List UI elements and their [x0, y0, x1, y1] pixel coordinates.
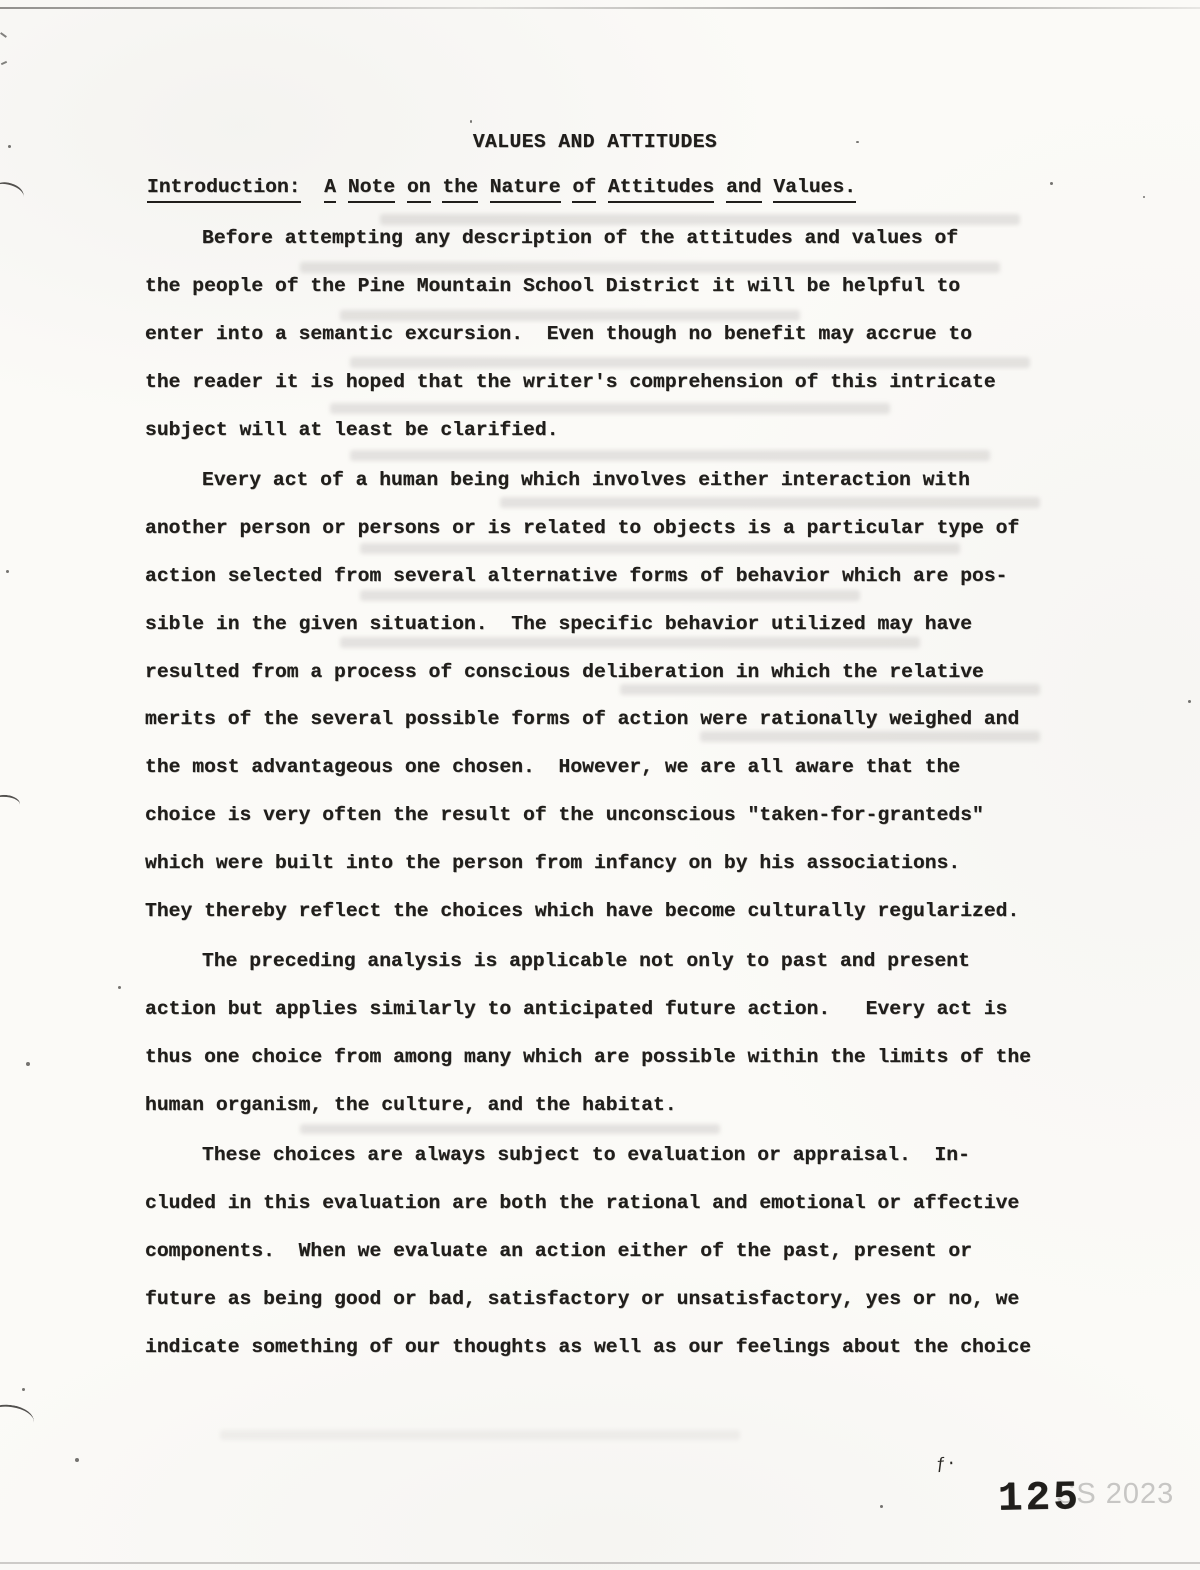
speck	[1050, 182, 1053, 185]
speck	[1143, 196, 1145, 198]
speck	[1188, 700, 1191, 703]
bleed-through-mark	[220, 1430, 740, 1440]
text-line: choice is very often the result of the u…	[145, 792, 1055, 840]
paragraph: Every act of a human being which involve…	[145, 457, 1055, 936]
text-line: human organism, the culture, and the hab…	[145, 1082, 1055, 1130]
text-line: The preceding analysis is applicable not…	[145, 938, 1055, 986]
text-line: Before attempting any description of the…	[145, 215, 1055, 263]
text-line: thus one choice from among many which ar…	[145, 1034, 1055, 1082]
speck	[26, 1062, 30, 1066]
scan-artifact-arc	[0, 1402, 36, 1436]
text-line: action selected from several alternative…	[145, 553, 1055, 601]
text-line: action but applies similarly to anticipa…	[145, 986, 1055, 1034]
text-line: indicate something of our thoughts as we…	[145, 1324, 1055, 1372]
speck	[470, 120, 472, 123]
text-line: another person or persons or is related …	[145, 505, 1055, 553]
text-line: future as being good or bad, satisfactor…	[145, 1276, 1055, 1324]
text-line: These choices are always subject to eval…	[145, 1132, 1055, 1180]
document-title: VALUES AND ATTITUDES	[145, 131, 1045, 153]
paragraph: These choices are always subject to eval…	[145, 1132, 1055, 1371]
text-line: cluded in this evaluation are both the r…	[145, 1180, 1055, 1228]
scan-edge-line	[0, 7, 1200, 9]
document-body: Before attempting any description of the…	[145, 215, 1055, 1372]
scanned-page: VALUES AND ATTITUDES Introduction: A Not…	[0, 0, 1200, 1570]
stray-mark: ƒ·	[935, 1454, 957, 1474]
paragraph: The preceding analysis is applicable not…	[145, 938, 1055, 1130]
speck	[8, 145, 11, 148]
speck	[22, 1388, 25, 1391]
text-line: the most advantageous one chosen. Howeve…	[145, 744, 1055, 792]
speck	[856, 141, 859, 143]
scan-edge-line	[0, 1562, 1200, 1564]
text-line: the reader it is hoped that the writer's…	[145, 359, 1055, 407]
text-line: resulted from a process of conscious del…	[145, 649, 1055, 697]
speck	[118, 986, 121, 989]
scan-artifact-arc	[0, 179, 26, 205]
speck	[880, 1505, 883, 1508]
text-line: components. When we evaluate an action e…	[145, 1228, 1055, 1276]
section-heading: Introduction: A Note on the Nature of At…	[147, 176, 1127, 198]
scan-scratch	[0, 32, 7, 38]
text-line: Every act of a human being which involve…	[145, 457, 1055, 505]
paragraph: Before attempting any description of the…	[145, 215, 1055, 454]
text-line: which were built into the person from in…	[145, 840, 1055, 888]
text-line: merits of the several possible forms of …	[145, 696, 1055, 744]
text-line: enter into a semantic excursion. Even th…	[145, 311, 1055, 359]
text-line: sible in the given situation. The specif…	[145, 601, 1055, 649]
speck	[75, 1458, 79, 1462]
scan-artifact-arc	[0, 794, 21, 813]
text-line: subject will at least be clarified.	[145, 407, 1055, 455]
speck	[6, 570, 9, 573]
page-number: 125	[998, 1475, 1082, 1522]
scan-scratch	[1, 61, 7, 65]
text-line: the people of the Pine Mountain School D…	[145, 263, 1055, 311]
text-line: They thereby reflect the choices which h…	[145, 888, 1055, 936]
